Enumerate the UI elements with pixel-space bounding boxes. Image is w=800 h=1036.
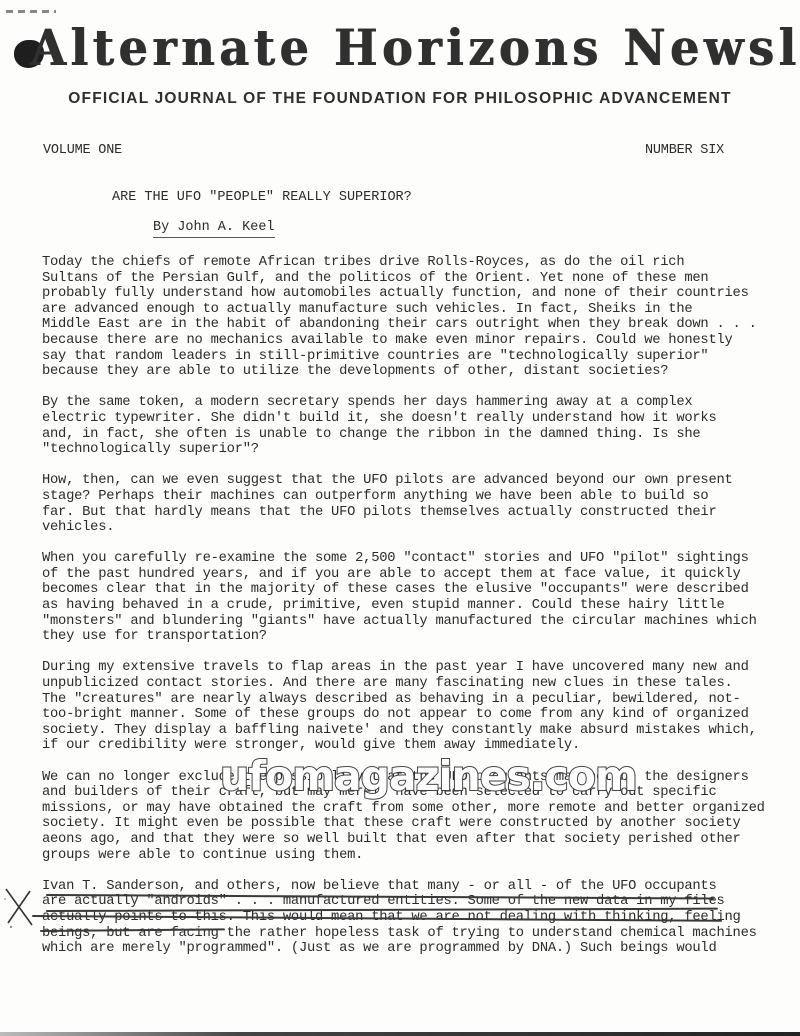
scan-bottom-edge	[0, 1032, 800, 1036]
masthead-subtitle: OFFICIAL JOURNAL OF THE FOUNDATION FOR P…	[0, 90, 800, 108]
volume-label: VOLUME ONE	[43, 143, 122, 158]
paragraph: When you carefully re-examine the some 2…	[42, 551, 800, 645]
article-title: ARE THE UFO "PEOPLE" REALLY SUPERIOR?	[112, 190, 412, 205]
article-byline: By John A. Keel	[153, 220, 275, 238]
paragraph: How, then, can we even suggest that the …	[42, 473, 800, 535]
margin-x-mark	[2, 885, 36, 929]
paragraph: By the same token, a modern secretary sp…	[42, 395, 800, 457]
watermark-text: ufomagazines.com	[220, 752, 637, 800]
article-body: Today the chiefs of remote African tribe…	[42, 255, 800, 957]
paragraph: Today the chiefs of remote African tribe…	[42, 255, 800, 380]
paragraph: During my extensive travels to flap area…	[42, 660, 800, 754]
stray-ink-mark	[6, 10, 56, 13]
newsletter-masthead: Alternate Horizons Newsletter	[30, 18, 715, 77]
issue-number-label: NUMBER SIX	[645, 143, 724, 158]
